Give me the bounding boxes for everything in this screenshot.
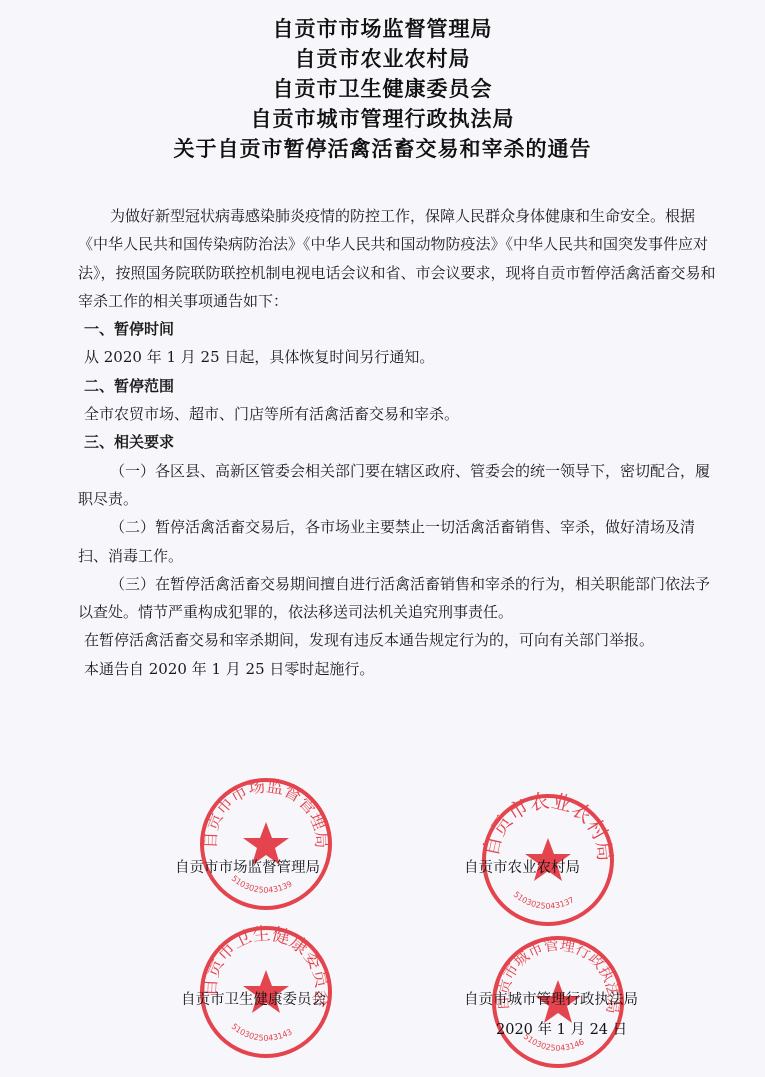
signature-urban-management: 自贡市城市管理行政执法局: [464, 988, 638, 1009]
section-text-suspension-time: 从 2020 年 1 月 25 日起，具体恢复时间另行通知。: [78, 343, 718, 371]
document-body: 为做好新型冠状病毒感染肺炎疫情的防控工作，保障人民群众身体健康和生命安全。根据《…: [78, 202, 718, 683]
document-title: 关于自贡市暂停活禽活畜交易和宰杀的通告: [0, 134, 765, 164]
signature-market-supervision: 自贡市市场监督管理局: [175, 856, 320, 877]
intro-paragraph: 为做好新型冠状病毒感染肺炎疫情的防控工作，保障人民群众身体健康和生命安全。根据《…: [78, 202, 718, 315]
signature-agriculture: 自贡市农业农村局: [464, 856, 580, 877]
official-seal-market-supervision: 自贡市市场监督管理局 5103025043139: [196, 774, 336, 914]
effective-paragraph: 本通告自 2020 年 1 月 25 日零时起施行。: [78, 655, 718, 683]
requirement-1: （一）各区县、高新区管委会相关部门要在辖区政府、管委会的统一领导下，密切配合，履…: [78, 457, 718, 514]
issuer-1: 自贡市市场监督管理局: [0, 14, 765, 44]
requirement-2: （二）暂停活禽活畜交易后，各市场业主要禁止一切活禽活畜销售、宰杀，做好清场及清扫…: [78, 513, 718, 570]
requirement-3: （三）在暂停活禽活畜交易期间擅自进行活禽活畜销售和宰杀的行为，相关职能部门依法予…: [78, 570, 718, 627]
issuer-2: 自贡市农业农村局: [0, 44, 765, 74]
section-heading-suspension-time: 一、暂停时间: [78, 315, 718, 343]
section-text-suspension-scope: 全市农贸市场、超市、门店等所有活禽活畜交易和宰杀。: [78, 400, 718, 428]
document-header: 自贡市市场监督管理局 自贡市农业农村局 自贡市卫生健康委员会 自贡市城市管理行政…: [0, 14, 765, 164]
issuer-3: 自贡市卫生健康委员会: [0, 74, 765, 104]
section-heading-requirements: 三、相关要求: [78, 428, 718, 456]
svg-text:5103025043143: 5103025043143: [230, 1022, 294, 1043]
signature-health-commission: 自贡市卫生健康委员会: [181, 988, 326, 1009]
issuer-4: 自贡市城市管理行政执法局: [0, 104, 765, 134]
section-heading-suspension-scope: 二、暂停范围: [78, 372, 718, 400]
report-paragraph: 在暂停活禽活畜交易和宰杀期间，发现有违反本通告规定行为的，可向有关部门举报。: [78, 626, 718, 654]
svg-text:5103025043139: 5103025043139: [230, 874, 294, 895]
signature-date: 2020 年 1 月 24 日: [496, 1018, 627, 1039]
svg-text:5103025043137: 5103025043137: [512, 890, 576, 911]
